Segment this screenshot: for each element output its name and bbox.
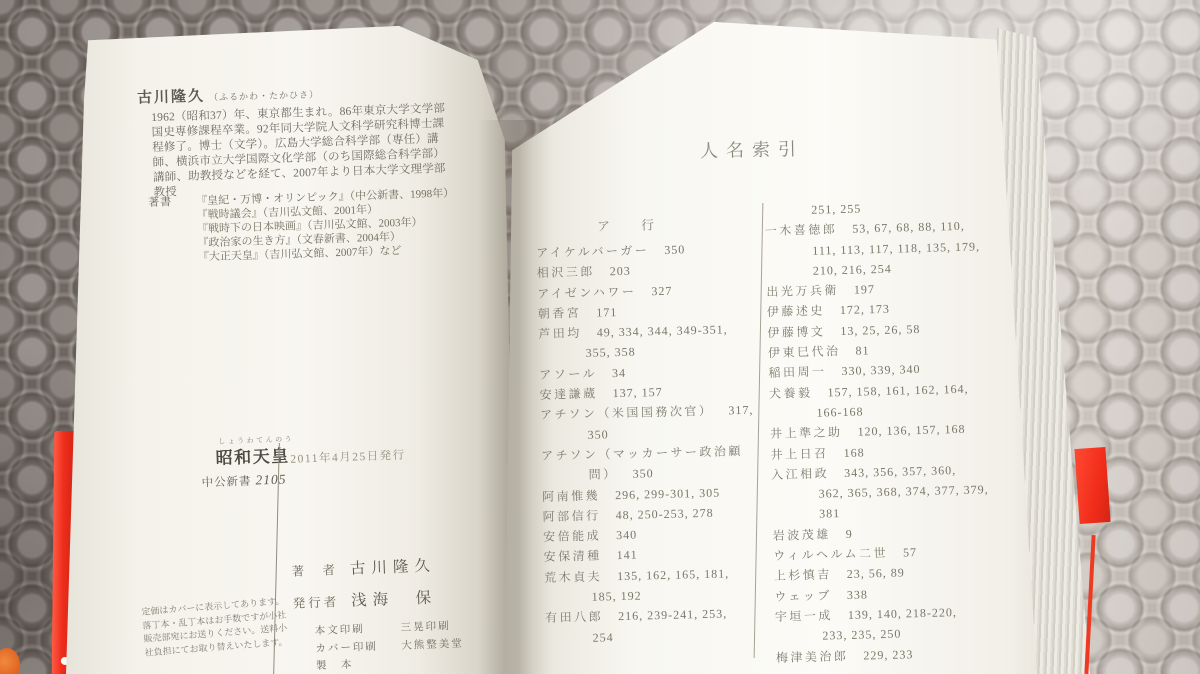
- index-entry-name: 相沢三郎: [537, 265, 595, 280]
- index-entry-pages: 171: [596, 305, 617, 320]
- index-entry-name: 伊藤述史: [767, 304, 825, 320]
- index-entry-name: 出光万兵衛: [766, 283, 839, 299]
- index-entry-name: 阿南惟幾: [542, 488, 600, 503]
- index-entry-pages: 166-168: [816, 404, 863, 419]
- index-entry-pages: 48, 250-253, 278: [616, 506, 714, 522]
- index-entry-name: 犬養毅: [769, 385, 813, 400]
- series-name: 中公新書: [201, 476, 251, 490]
- series-number: 2105: [255, 471, 287, 487]
- index-entry-name: ウィルヘルム二世: [773, 546, 888, 563]
- index-entry-pages: 362, 365, 368, 374, 377, 379,: [819, 482, 989, 500]
- index-entry-pages: 350: [633, 466, 654, 481]
- index-entry-pages: 172, 173: [840, 302, 890, 317]
- index-entry-name: 安倍能成: [543, 529, 601, 544]
- index-entry-name: 問）: [589, 467, 618, 482]
- works-label: 著書: [148, 195, 172, 210]
- index-entry-pages: 49, 334, 344, 349-351,: [597, 323, 728, 340]
- index-entry-name: アチソン（マッカーサー政治顧: [541, 444, 743, 463]
- index-entry-pages: 350: [664, 242, 685, 257]
- index-entry-pages: 23, 56, 89: [847, 566, 905, 582]
- index-entry-pages: 9: [846, 527, 853, 541]
- index-entry-pages: 81: [855, 343, 869, 357]
- index-title: 人名索引: [700, 135, 805, 163]
- index-entry-pages: 233, 235, 250: [822, 627, 901, 643]
- works-lines: 『皇紀・万博・オリンピック』（中公新書、1998年） 『戦時議会』（吉川弘文館、…: [183, 186, 456, 264]
- index-entry-name: アイゼンハワー: [537, 284, 637, 300]
- index-entry-pages: 137, 157: [613, 385, 663, 400]
- printing-company: 三晃印刷: [400, 621, 450, 634]
- index-entry-pages: 216, 239-241, 253,: [618, 607, 727, 624]
- printing-label: 製 本: [316, 655, 403, 674]
- index-entry-name: 上杉慎吉: [774, 568, 832, 584]
- staff-role-label: 著 者: [291, 563, 338, 579]
- index-entry-name: 阿部信行: [543, 508, 601, 523]
- index-entry-pages: 327: [651, 283, 672, 298]
- index-entry-pages: 340: [616, 528, 637, 543]
- index-entry-pages: 141: [617, 548, 638, 563]
- index-entry-pages: 355, 358: [586, 345, 636, 360]
- index-entry-pages: 338: [847, 587, 868, 602]
- index-entry-name: 伊藤博文: [767, 324, 825, 340]
- author-bio: 1962（昭和37）年、東京都生まれ。86年東京大学文学部 国史専修課程卒業。9…: [151, 99, 526, 201]
- index-entry-pages: 120, 136, 157, 168: [857, 422, 965, 439]
- author-name: 古川隆久: [137, 89, 205, 107]
- index-entry-pages: 229, 233: [863, 647, 913, 662]
- index-entry-pages: 296, 299-301, 305: [615, 485, 720, 502]
- index-column-1: アイケルバーガー350 相沢三郎203 アイゼンハワー327 朝香宮171 芦田…: [536, 237, 786, 649]
- index-entry-name: 井上日召: [770, 446, 828, 462]
- index-entry-pages: 111, 113, 117, 118, 135, 179,: [812, 239, 980, 257]
- index-entry-name: 芦田均: [538, 326, 582, 341]
- index-entry-pages: 157, 158, 161, 162, 164,: [827, 381, 968, 399]
- index-column-2: 251, 255 一木喜徳郎53, 67, 68, 88, 110, 111, …: [764, 195, 1016, 668]
- index-entry-name: ウェッブ: [774, 588, 832, 604]
- index-entry-pages: 139, 140, 218-220,: [848, 605, 957, 622]
- index-entry-name: 宇垣一成: [775, 608, 833, 624]
- index-entry-pages: 381: [819, 507, 840, 522]
- index-entry-name: 一木喜徳郎: [765, 222, 838, 238]
- index-entry-name: アソール: [539, 366, 597, 381]
- staff-person-name: 古川隆久: [350, 558, 437, 578]
- index-entry-name: 伊東巳代治: [768, 344, 841, 360]
- staff-person-name: 浅海 保: [351, 589, 438, 609]
- index-section-header: ア 行: [597, 214, 663, 234]
- photo-scene: 古川隆久 （ふるかわ・たかひさ） 1962（昭和37）年、東京都生まれ。86年東…: [0, 0, 1200, 674]
- index-entry-pages: 185, 192: [591, 589, 641, 604]
- index-entry-name: 安保清種: [544, 549, 602, 564]
- index-entry-name: アチソン（米国国務次官）: [540, 404, 714, 422]
- index-entry-name: 井上準之助: [770, 425, 843, 441]
- index-entry-pages: 330, 339, 340: [841, 362, 920, 378]
- index-entry-name: 朝香宮: [538, 306, 582, 321]
- index-entry-pages: 254: [592, 630, 613, 645]
- index-entry-pages: 197: [854, 282, 875, 297]
- index-entry-name: 梅津美治郎: [776, 648, 849, 664]
- index-entry-pages: 350: [588, 427, 609, 442]
- cover-red-patch: [1074, 447, 1110, 524]
- index-entry-pages: 168: [843, 445, 864, 460]
- index-entry-pages: 203: [610, 264, 631, 279]
- index-entry-pages: 57: [903, 545, 917, 559]
- index-entry-pages: 34: [612, 366, 626, 380]
- index-entry-name: 稲田周一: [768, 365, 826, 381]
- printing-company: 大熊整美堂: [401, 638, 464, 651]
- index-entry-pages: 13, 25, 26, 58: [840, 322, 920, 338]
- index-entry-name: 有田八郎: [545, 610, 603, 625]
- index-entry-pages: 317,: [728, 403, 753, 418]
- series-label: 中公新書2105: [201, 471, 287, 490]
- index-entry-name: アイケルバーガー: [536, 243, 649, 260]
- index-entry-name: 入江相政: [771, 466, 829, 482]
- author-furigana: （ふるかわ・たかひさ）: [209, 89, 319, 102]
- index-entry-pages: 135, 162, 165, 181,: [617, 566, 729, 583]
- index-entry-pages: 53, 67, 68, 88, 110,: [852, 219, 965, 236]
- index-entry-pages: 343, 356, 357, 360,: [844, 463, 956, 480]
- index-entry-pages: 210, 216, 254: [813, 262, 892, 278]
- staff-row: 著 者古川隆久: [291, 551, 437, 588]
- index-entry-name: 岩波茂雄: [773, 527, 831, 543]
- index-entry-name: 安達謙蔵: [540, 387, 598, 402]
- index-entry-name: 荒木貞夫: [544, 569, 602, 584]
- index-entry-pages: 251, 255: [811, 201, 861, 216]
